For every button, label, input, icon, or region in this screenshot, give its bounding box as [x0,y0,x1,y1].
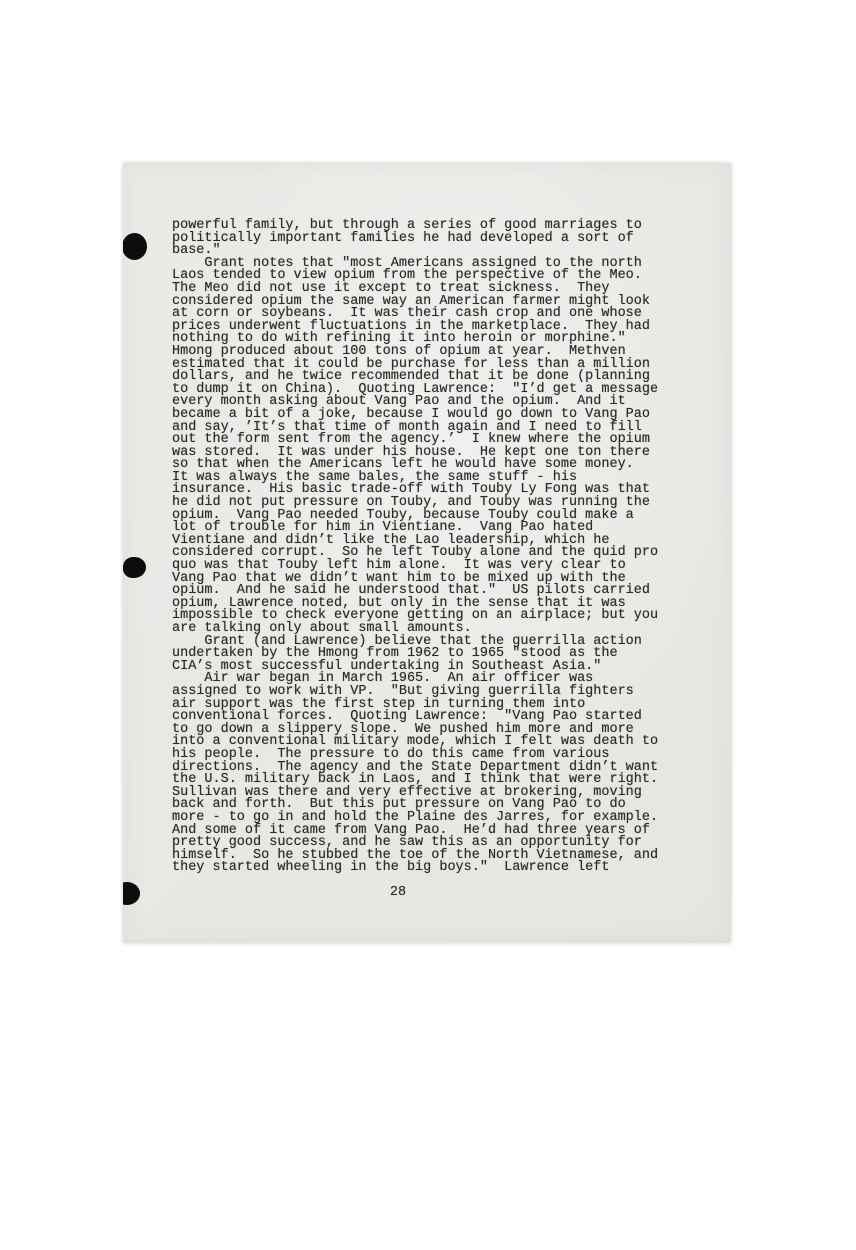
hole-punch-top [123,233,147,260]
document-text: powerful family, but through a series of… [172,220,658,875]
document-page: powerful family, but through a series of… [123,163,731,943]
hole-punch-bottom [123,882,140,905]
scan-background: powerful family, but through a series of… [0,0,856,1250]
hole-punch-middle [123,557,146,578]
page-number: 28 [363,885,433,900]
